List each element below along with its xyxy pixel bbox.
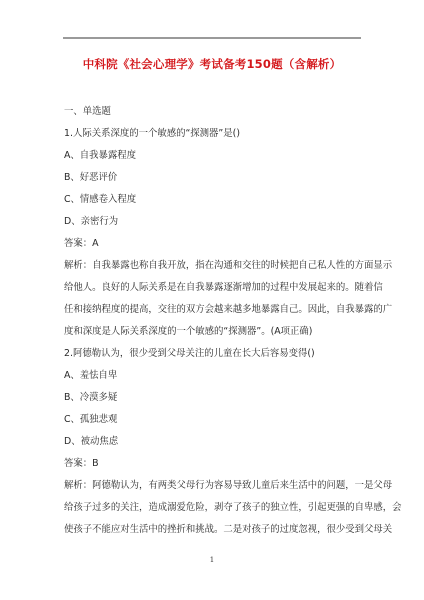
question-1-option-d: D、亲密行为 — [64, 216, 118, 228]
question-2-analysis-line: 解析：阿德勒认为，有两类父母行为容易导致儿童后来生活中的问题，一是父母 — [64, 480, 392, 492]
question-2-option-d: D、被动焦虑 — [64, 436, 118, 448]
question-1-analysis-line: 给他人。良好的人际关系是在自我暴露逐渐增加的过程中发展起来的。随着信 — [64, 282, 383, 294]
question-2-analysis-line: 给孩子过多的关注，造成溺爱危险，剥夺了孩子的独立性，引起更强的自卑感，会 — [64, 502, 402, 514]
document-title: 中科院《社会心理学》考试备考150题（含解析） — [0, 56, 424, 72]
header-rule — [63, 37, 361, 39]
question-2-option-b: B、冷漠多疑 — [64, 392, 117, 404]
question-1-analysis-line: 解析：自我暴露也称自我开放，指在沟通和交往的时候把自己私人性的方面显示 — [64, 260, 392, 272]
question-1-answer: 答案：A — [64, 238, 99, 250]
question-1-option-a: A、自我暴露程度 — [64, 150, 136, 162]
question-1-option-b: B、好恶评价 — [64, 172, 117, 184]
question-1-stem: 1.人际关系深度的一个敏感的“探测器”是() — [64, 128, 240, 140]
page-number: 1 — [0, 556, 424, 564]
question-2-answer: 答案：B — [64, 458, 99, 470]
question-2-analysis-line: 使孩子不能应对生活中的挫折和挑战。二是对孩子的过度忽视，很少受到父母关 — [64, 524, 392, 536]
question-2-option-c: C、孤独悲观 — [64, 414, 117, 426]
question-1-analysis-line: 度和深度是人际关系深度的一个敏感的“探测器”。(A项正确) — [64, 326, 312, 338]
question-1-option-c: C、情感卷入程度 — [64, 194, 136, 206]
document-page: 中科院《社会心理学》考试备考150题（含解析） 一、单选题 1.人际关系深度的一… — [0, 0, 424, 600]
question-2-stem: 2.阿德勒认为，很少受到父母关注的儿童在长大后容易变得() — [64, 348, 315, 360]
question-2-option-a: A、羞怯自卑 — [64, 370, 117, 382]
section-heading: 一、单选题 — [64, 106, 111, 118]
question-1-analysis-line: 任和接纳程度的提高，交往的双方会越来越多地暴露自己。因此，自我暴露的广 — [64, 304, 392, 316]
